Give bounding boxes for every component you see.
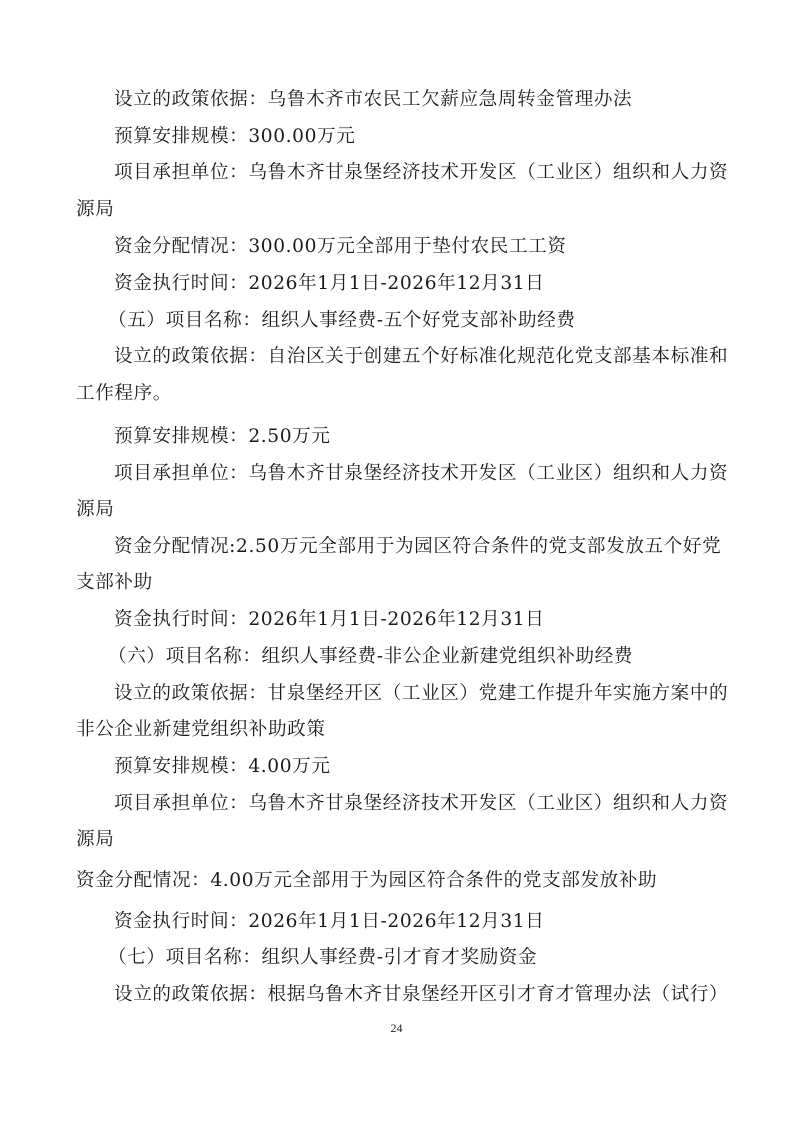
paragraph-line: 资金分配情况：4.00万元全部用于为园区符合条件的党支部发放补助 [76,868,706,894]
section-heading: （六）项目名称：组织人事经费-非公企业新建党组织补助经费 [108,644,738,670]
paragraph-line: 资金执行时间：2026年1月1日-2026年12月31日 [114,607,744,633]
section-heading: （五）项目名称：组织人事经费-五个好党支部补助经费 [108,308,738,334]
paragraph-line: 项目承担单位：乌鲁木齐甘泉堡经济技术开发区（工业区）组织和人力资 [114,461,744,487]
paragraph-line: 项目承担单位：乌鲁木齐甘泉堡经济技术开发区（工业区）组织和人力资 [114,160,744,186]
paragraph-line: 资金执行时间：2026年1月1日-2026年12月31日 [114,271,744,297]
paragraph-line: 源局 [76,197,706,223]
paragraph-line: 源局 [76,827,706,853]
paragraph-line: 预算安排规模：300.00万元 [114,124,744,150]
paragraph-line: 设立的政策依据：甘泉堡经开区（工业区）党建工作提升年实施方案中的 [114,681,744,707]
paragraph-line: 设立的政策依据：自治区关于创建五个好标准化规范化党支部基本标准和 [114,344,744,370]
paragraph-line: 项目承担单位：乌鲁木齐甘泉堡经济技术开发区（工业区）组织和人力资 [114,791,744,817]
paragraph-line: 工作程序。 [76,381,706,407]
document-page: 设立的政策依据：乌鲁木齐市农民工欠薪应急周转金管理办法预算安排规模：300.00… [0,0,793,1122]
paragraph-line: 资金执行时间：2026年1月1日-2026年12月31日 [114,909,744,935]
section-heading: （七）项目名称：组织人事经费-引才育才奖励资金 [108,945,738,971]
paragraph-line: 设立的政策依据：根据乌鲁木齐甘泉堡经开区引才育才管理办法（试行） [114,982,744,1008]
paragraph-line: 设立的政策依据：乌鲁木齐市农民工欠薪应急周转金管理办法 [114,87,744,113]
paragraph-line: 支部补助 [76,570,706,596]
paragraph-line: 源局 [76,497,706,523]
paragraph-line: 预算安排规模：2.50万元 [114,424,744,450]
page-number: 24 [0,1020,793,1036]
paragraph-line: 预算安排规模：4.00万元 [114,754,744,780]
paragraph-line: 资金分配情况：300.00万元全部用于垫付农民工工资 [114,234,744,260]
paragraph-line: 资金分配情况:2.50万元全部用于为园区符合条件的党支部发放五个好党 [114,534,744,560]
paragraph-line: 非公企业新建党组织补助政策 [76,717,706,743]
